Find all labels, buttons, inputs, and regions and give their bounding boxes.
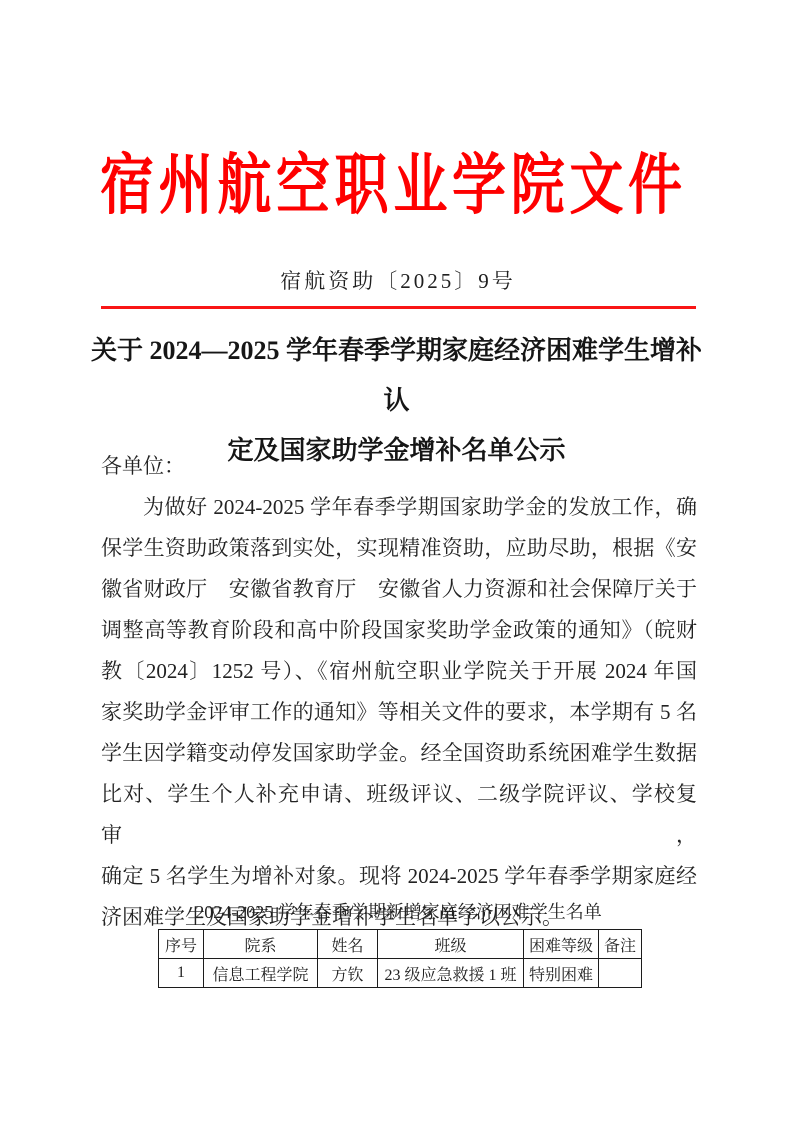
letterhead-org-title: 宿州航空职业学院文件: [100, 150, 682, 221]
document-number: 宿航资助〔2025〕9号: [100, 266, 696, 296]
table-header-row: 序号 院系 姓名 班级 困难等级 备注: [159, 930, 642, 959]
red-divider-line: [101, 306, 696, 309]
body-line: 比对、学生个人补充申请、班级评议、二级学院评议、学校复审，: [101, 774, 697, 856]
cell-class: 23 级应急救援 1 班: [378, 959, 524, 988]
body-line: 保学生资助政策落到实处，实现精准资助，应助尽助，根据《安: [101, 528, 697, 569]
body-line: 徽省财政厅 安徽省教育厅 安徽省人力资源和社会保障厅关于: [101, 569, 697, 610]
body-line: 为做好 2024-2025 学年春季学期国家助学金的发放工作，确: [101, 487, 697, 528]
cell-name: 方钦: [318, 959, 378, 988]
col-header-serial: 序号: [159, 930, 204, 959]
cell-department: 信息工程学院: [204, 959, 318, 988]
salutation-line: 各单位：: [101, 446, 697, 487]
body-line: 确定 5 名学生为增补对象。现将 2024-2025 学年春季学期家庭经: [101, 856, 697, 897]
students-table-caption: 2024-2025 学年春季学期新增家庭经济困难学生名单: [158, 901, 639, 924]
table-row: 1 信息工程学院 方钦 23 级应急救援 1 班 特别困难: [159, 959, 642, 988]
body-line: 调整高等教育阶段和高中阶段国家奖助学金政策的通知》（皖财: [101, 610, 697, 651]
col-header-level: 困难等级: [524, 930, 599, 959]
col-header-name: 姓名: [318, 930, 378, 959]
body-line: 教〔2024〕1252 号）、《宿州航空职业学院关于开展 2024 年国: [101, 651, 697, 692]
notice-body: 各单位： 为做好 2024-2025 学年春季学期国家助学金的发放工作，确 保学…: [101, 446, 697, 938]
cell-level: 特别困难: [524, 959, 599, 988]
col-header-class: 班级: [378, 930, 524, 959]
document-page: 宿州航空职业学院文件 宿航资助〔2025〕9号 关于 2024—2025 学年春…: [0, 0, 793, 1122]
notice-title-line1: 关于 2024—2025 学年春季学期家庭经济困难学生增补认: [91, 326, 702, 426]
col-header-note: 备注: [599, 930, 642, 959]
body-line: 家奖助学金评审工作的通知》等相关文件的要求，本学期有 5 名: [101, 692, 697, 733]
students-table: 序号 院系 姓名 班级 困难等级 备注 1 信息工程学院 方钦 23 级应急救援…: [158, 929, 642, 988]
body-line: 学生因学籍变动停发国家助学金。经全国资助系统困难学生数据: [101, 733, 697, 774]
cell-note: [599, 959, 642, 988]
cell-serial: 1: [159, 959, 204, 988]
col-header-department: 院系: [204, 930, 318, 959]
